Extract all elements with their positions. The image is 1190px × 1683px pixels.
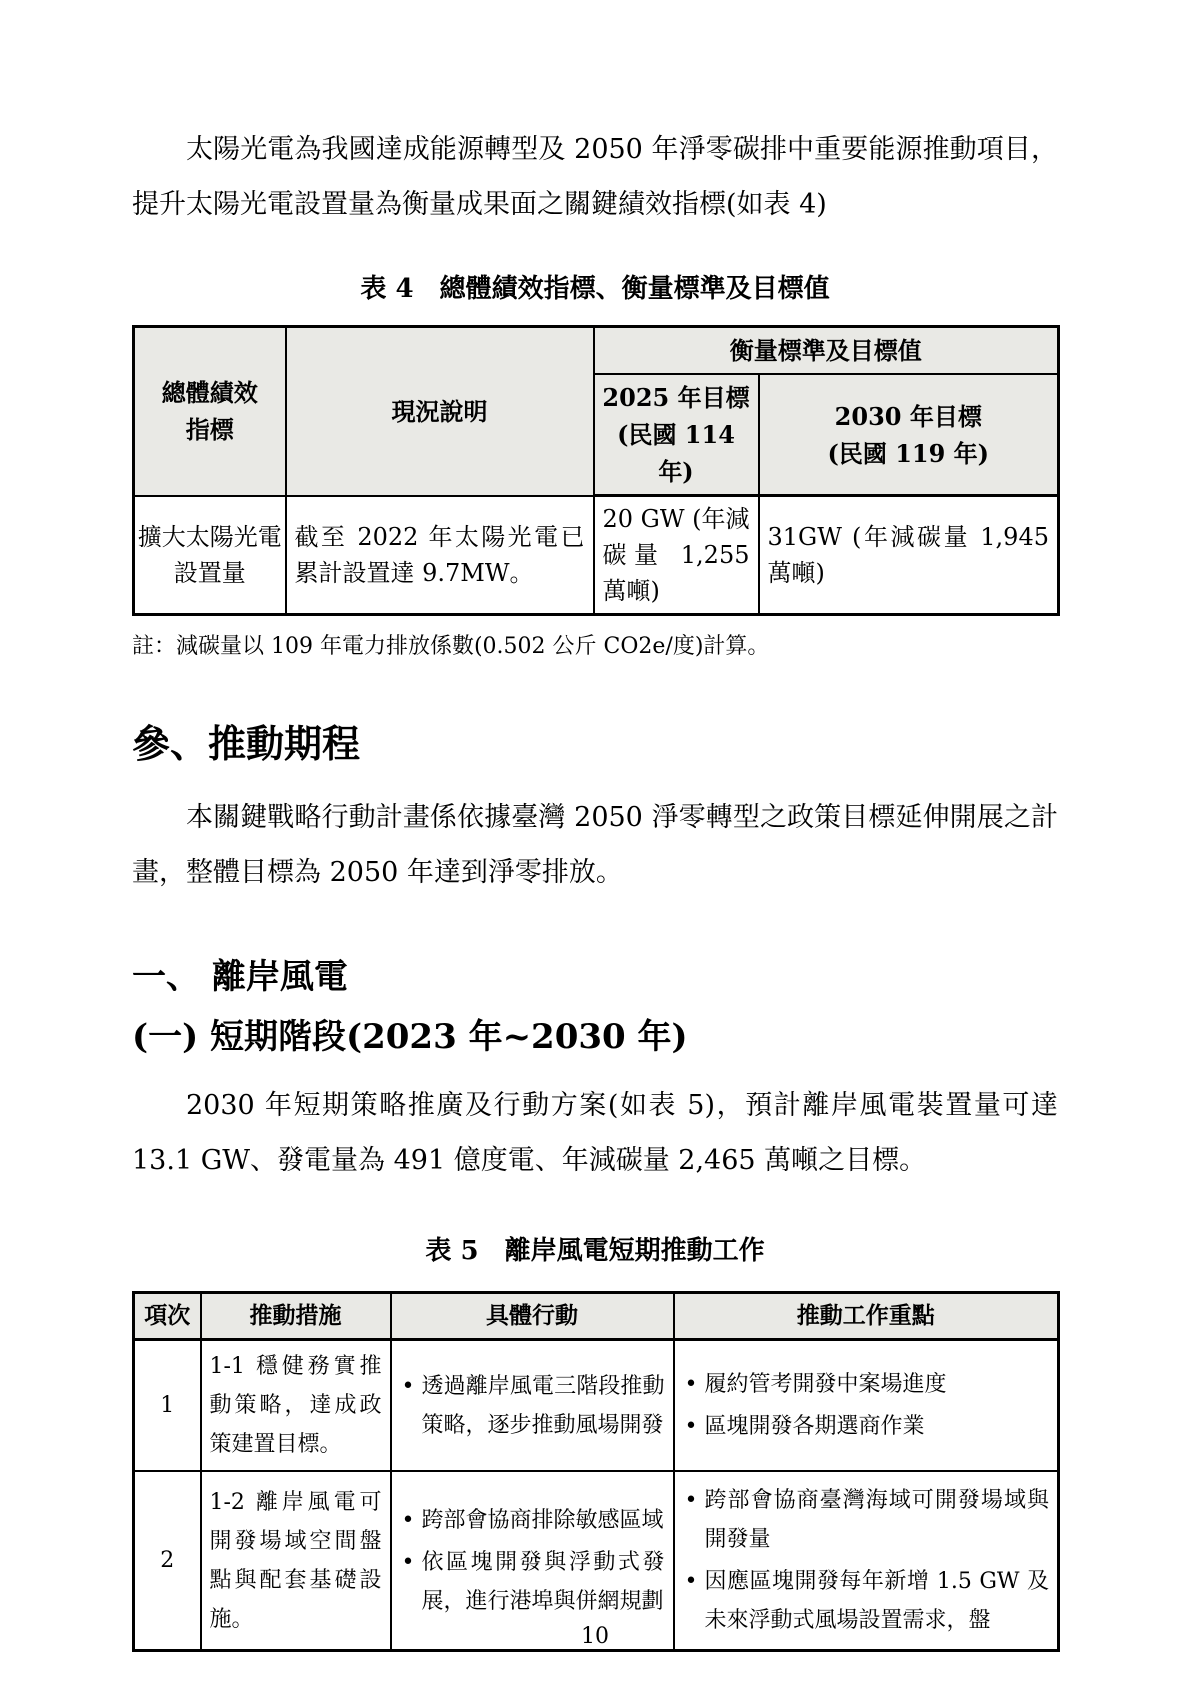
table5-row-1: 1 1-1 穩健務實推動策略，達成政策建置目標。 透過離岸風電三階段推動策略，逐… — [134, 1340, 1059, 1472]
table4-cell-indicator: 擴大太陽光電 設置量 — [134, 496, 286, 615]
bullet-item: 區塊開發各期選商作業 — [683, 1407, 1050, 1446]
table4-header-indicator: 總體績效 指標 — [134, 327, 286, 496]
document-page: 太陽光電為我國達成能源轉型及 2050 年淨零碳排中重要能源推動項目，提升太陽光… — [0, 0, 1190, 1683]
table4-header-group: 衡量標準及目標值 — [594, 327, 1059, 375]
table5-row1-actions: 透過離岸風電三階段推動策略，逐步推動風場開發 — [391, 1340, 674, 1472]
table4-data-row: 擴大太陽光電 設置量 截至 2022 年太陽光電已累計設置達 9.7MW。 20… — [134, 496, 1059, 615]
subsection-heading-short-term-stage: (一) 短期階段(2023 年~2030 年) — [132, 1012, 1058, 1062]
table5-header-highlight: 推動工作重點 — [674, 1293, 1059, 1340]
table4-header-2025: 2025 年目標 (民國 114 年) — [594, 374, 759, 496]
bullet-item: 跨部會協商臺灣海域可開發場域與開發量 — [683, 1481, 1050, 1559]
bullet-text: 透過離岸風電三階段推動策略，逐步推動風場開發 — [422, 1374, 665, 1438]
bullet-text: 跨部會協商臺灣海域可開發場域與開發量 — [705, 1488, 1050, 1552]
table4-cell-status: 截至 2022 年太陽光電已累計設置達 9.7MW。 — [286, 496, 594, 615]
table4-caption: 表 4 總體績效指標、衡量標準及目標值 — [132, 268, 1058, 305]
intro-paragraph: 太陽光電為我國達成能源轉型及 2050 年淨零碳排中重要能源推動項目，提升太陽光… — [132, 122, 1058, 232]
table5-row1-measure: 1-1 穩健務實推動策略，達成政策建置目標。 — [201, 1340, 391, 1472]
table5-header-no: 項次 — [134, 1293, 201, 1340]
table4-header-2030: 2030 年目標 (民國 119 年) — [759, 374, 1059, 496]
bullet-text: 區塊開發各期選商作業 — [705, 1414, 925, 1439]
table5-header-measure: 推動措施 — [201, 1293, 391, 1340]
bullet-item: 依區塊開發與浮動式發展，進行港埠與併網規劃 — [400, 1543, 665, 1621]
bullet-text: 跨部會協商排除敏感區域 — [422, 1508, 664, 1533]
table4-cell-target-2025: 20 GW (年減碳量 1,255 萬噸) — [594, 496, 759, 615]
table4-header-status: 現況說明 — [286, 327, 594, 496]
section-heading-promotion-schedule: 參、推動期程 — [132, 718, 1058, 770]
table5-row1-no: 1 — [134, 1340, 201, 1472]
table5-caption: 表 5 離岸風電短期推動工作 — [132, 1230, 1058, 1267]
page-number: 10 — [0, 1624, 1190, 1649]
subsection-heading-offshore-wind: 一、 離岸風電 — [132, 952, 1058, 1002]
table4: 總體績效 指標 現況說明 衡量標準及目標值 2025 年目標 (民國 114 年… — [132, 325, 1060, 616]
bullet-text: 履約管考開發中案場進度 — [705, 1372, 947, 1397]
bullet-item: 跨部會協商排除敏感區域 — [400, 1501, 665, 1540]
table5: 項次 推動措施 具體行動 推動工作重點 1 1-1 穩健務實推動策略，達成政策建… — [132, 1291, 1060, 1652]
table5-header-action: 具體行動 — [391, 1293, 674, 1340]
table4-header-row-1: 總體績效 指標 現況說明 衡量標準及目標值 — [134, 327, 1059, 375]
table5-header-row: 項次 推動措施 具體行動 推動工作重點 — [134, 1293, 1059, 1340]
bullet-item: 透過離岸風電三階段推動策略，逐步推動風場開發 — [400, 1367, 665, 1445]
table4-note: 註：減碳量以 109 年電力排放係數(0.502 公斤 CO2e/度)計算。 — [132, 632, 1058, 662]
bullet-item: 履約管考開發中案場進度 — [683, 1365, 1050, 1404]
table5-row1-highlights: 履約管考開發中案場進度 區塊開發各期選商作業 — [674, 1340, 1059, 1472]
bullet-text: 依區塊開發與浮動式發展，進行港埠與併網規劃 — [422, 1550, 665, 1614]
section3-paragraph: 本關鍵戰略行動計畫係依據臺灣 2050 淨零轉型之政策目標延伸開展之計畫，整體目… — [132, 790, 1058, 900]
table4-cell-target-2030: 31GW (年減碳量 1,945 萬噸) — [759, 496, 1059, 615]
subsection1-paragraph: 2030 年短期策略推廣及行動方案(如表 5)，預計離岸風電裝置量可達 13.1… — [132, 1078, 1058, 1188]
